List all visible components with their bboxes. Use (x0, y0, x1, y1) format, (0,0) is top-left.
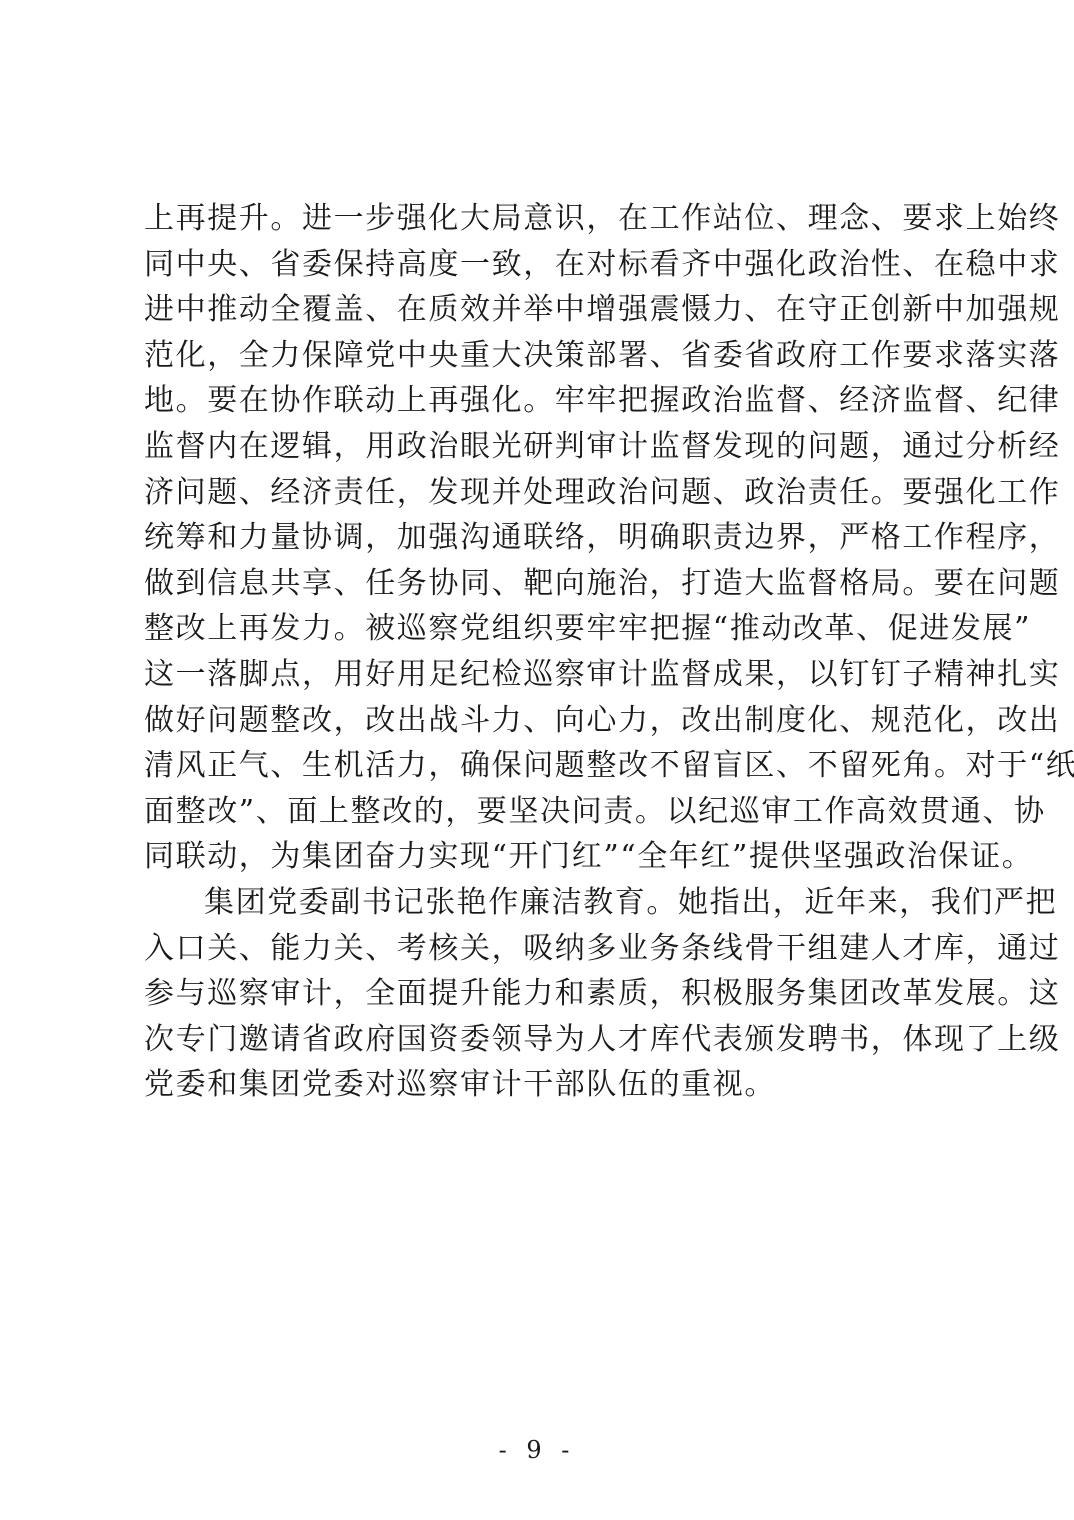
text-line: 进中推动全覆盖、在质效并举中增强震慑力、在守正创新中加强规 (144, 287, 940, 333)
text-line: 党委和集团党委对巡察审计干部队伍的重视。 (144, 1062, 940, 1108)
text-line: 范化，全力保障党中央重大决策部署、省委省政府工作要求落实落 (144, 333, 940, 379)
text-line: 这一落脚点，用好用足纪检巡察审计监督成果，以钉钉子精神扎实 (144, 652, 940, 698)
text-line: 监督内在逻辑，用政治眼光研判审计监督发现的问题，通过分析经 (144, 424, 940, 470)
text-line: 济问题、经济责任，发现并处理政治问题、政治责任。要强化工作 (144, 470, 940, 516)
text-line: 做到信息共享、任务协同、靶向施治，打造大监督格局。要在问题 (144, 561, 940, 607)
text-line: 做好问题整改，改出战斗力、向心力，改出制度化、规范化，改出 (144, 698, 940, 744)
text-line: 面整改”、面上整改的，要坚决问责。以纪巡审工作高效贯通、协 (144, 789, 940, 835)
paragraph-2: 集团党委副书记张艳作廉洁教育。她指出，近年来，我们严把 入口关、能力关、考核关，… (144, 880, 944, 1108)
body-text: 上再提升。进一步强化大局意识，在工作站位、理念、要求上始终 同中央、省委保持高度… (144, 196, 944, 1108)
text-line: 同中央、省委保持高度一致，在对标看齐中强化政治性、在稳中求 (144, 242, 940, 288)
document-page: 上再提升。进一步强化大局意识，在工作站位、理念、要求上始终 同中央、省委保持高度… (0, 0, 1074, 1520)
text-line: 参与巡察审计，全面提升能力和素质，积极服务集团改革发展。这 (144, 971, 940, 1017)
text-line: 同联动，为集团奋力实现“开门红”“全年红”提供坚强政治保证。 (144, 834, 940, 880)
text-line: 次专门邀请省政府国资委领导为人才库代表颁发聘书，体现了上级 (144, 1017, 940, 1063)
paragraph-1: 上再提升。进一步强化大局意识，在工作站位、理念、要求上始终 同中央、省委保持高度… (144, 196, 944, 880)
text-line: 统筹和力量协调，加强沟通联络，明确职责边界，严格工作程序， (144, 515, 940, 561)
page-number: - 9 - (0, 1436, 1074, 1464)
text-line: 集团党委副书记张艳作廉洁教育。她指出，近年来，我们严把 (144, 880, 940, 926)
text-line: 入口关、能力关、考核关，吸纳多业务条线骨干组建人才库，通过 (144, 926, 940, 972)
text-line: 地。要在协作联动上再强化。牢牢把握政治监督、经济监督、纪律 (144, 378, 940, 424)
text-line: 上再提升。进一步强化大局意识，在工作站位、理念、要求上始终 (144, 196, 940, 242)
text-line: 清风正气、生机活力，确保问题整改不留盲区、不留死角。对于“纸 (144, 743, 940, 789)
text-line: 整改上再发力。被巡察党组织要牢牢把握“推动改革、促进发展” (144, 606, 940, 652)
